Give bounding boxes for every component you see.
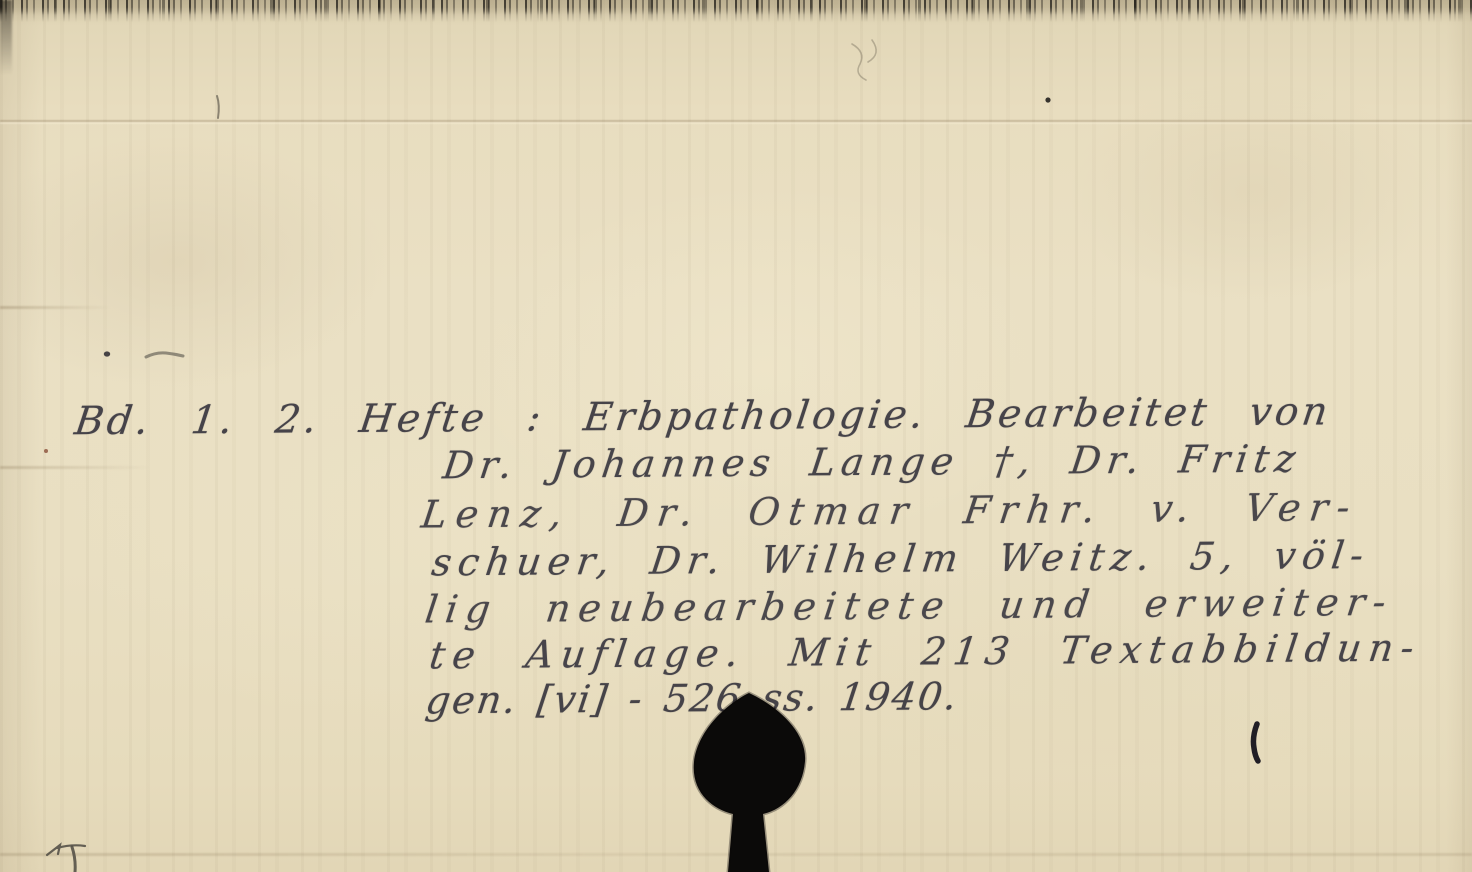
ink-tick-mark — [1253, 724, 1258, 761]
pencil-mark-bottom-left — [47, 845, 85, 855]
pencil-scribble — [852, 40, 876, 80]
punch-hole — [694, 693, 805, 872]
red-speck — [44, 449, 48, 453]
ink-dot — [104, 351, 110, 356]
scanned-catalog-card: Bd. 1. 2. Hefte : Erbpathologie. Bearbei… — [0, 0, 1472, 872]
pen-scratch-icon — [217, 96, 219, 118]
pencil-mark-bottom-left-stem — [72, 847, 75, 872]
ink-marks-layer — [0, 0, 1472, 872]
ink-smudge — [146, 353, 183, 357]
black-speck — [1045, 97, 1050, 102]
